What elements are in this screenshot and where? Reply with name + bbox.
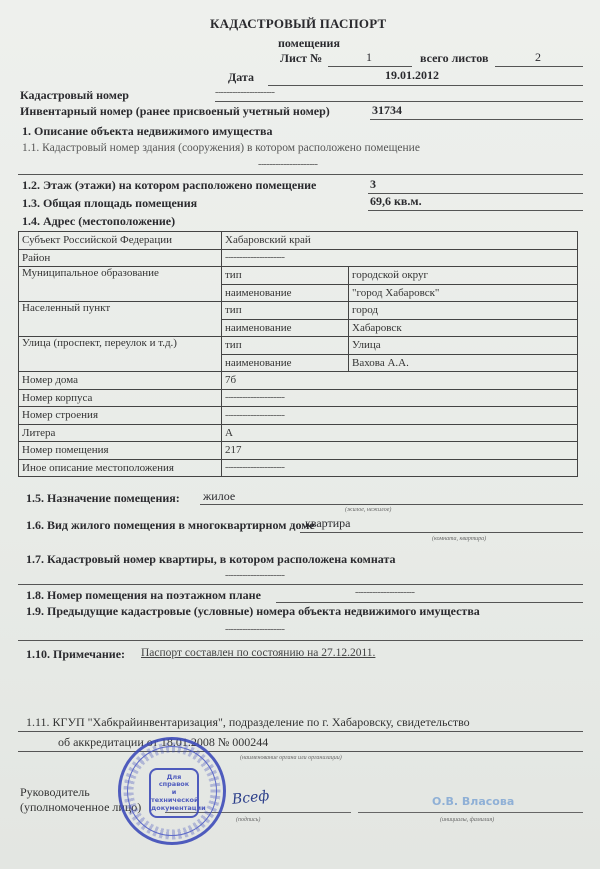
document-title: КАДАСТРОВЫЙ ПАСПОРТ (210, 16, 386, 32)
municipal-type-value: городской округ (349, 267, 578, 285)
street-type-label: тип (222, 337, 349, 355)
locality-type-label: тип (222, 302, 349, 320)
street-label: Улица (проспект, переулок и т.д.) (19, 337, 222, 372)
sheet-value: 1 (366, 50, 372, 65)
section-1-10-label: 1.10. Примечание: (26, 647, 125, 662)
total-sheets-value: 2 (535, 50, 541, 65)
name-caption: (инициалы, фамилия) (440, 817, 494, 823)
table-row: Населенный пункттипгород (19, 302, 578, 320)
table-row: ЛитераА (19, 424, 578, 442)
municipal-name-value: "город Хабаровск" (349, 284, 578, 302)
table-row: Номер дома7б (19, 372, 578, 390)
date-value: 19.01.2012 (385, 68, 439, 83)
head-role-line1: Руководитель (20, 785, 90, 800)
section-1-5-label: 1.5. Назначение помещения: (26, 491, 180, 506)
room-label: Номер помещения (19, 442, 222, 460)
subject-value: Хабаровский край (222, 232, 578, 250)
building-label: Номер строения (19, 407, 222, 425)
organization-caption: (наименование органа или организации) (240, 755, 342, 761)
corpus-label: Номер корпуса (19, 389, 222, 407)
cadastral-number-value: --------------------- (215, 87, 274, 98)
locality-label: Населенный пункт (19, 302, 222, 337)
note-value: Паспорт составлен по состоянию на 27.12.… (141, 647, 375, 659)
section-1-6-label: 1.6. Вид жилого помещения в многоквартир… (26, 518, 315, 533)
section-1-1-label: 1.1. Кадастровый номер здания (сооружени… (22, 142, 420, 154)
date-label: Дата (228, 70, 254, 85)
floor-value: 3 (370, 177, 376, 192)
district-value: --------------------- (222, 249, 578, 267)
cadastral-number-label: Кадастровый номер (20, 88, 129, 103)
dwelling-type-caption: (комната, квартира) (432, 536, 486, 542)
locality-name-value: Хабаровск (349, 319, 578, 337)
table-row: Номер помещения217 (19, 442, 578, 460)
section-1-1-value: --------------------- (258, 159, 317, 170)
corpus-value: --------------------- (222, 389, 578, 407)
table-row: Субъект Российской ФедерацииХабаровский … (19, 232, 578, 250)
stamp-text-line3: документации (151, 805, 197, 813)
section-1-2-label: 1.2. Этаж (этажи) на котором расположено… (22, 178, 316, 193)
municipal-type-label: тип (222, 267, 349, 285)
purpose-caption: (жилое, нежилое) (345, 507, 391, 513)
house-label: Номер дома (19, 372, 222, 390)
inventory-number-value: 31734 (372, 103, 402, 118)
signature-caption: (подпись) (236, 817, 260, 823)
stamp-center: Для справок и технической документации (149, 768, 199, 818)
inventory-number-label: Инвентарный номер (ранее присвоеный учет… (20, 104, 330, 119)
address-table: Субъект Российской ФедерацииХабаровский … (18, 231, 578, 477)
locality-name-label: наименование (222, 319, 349, 337)
stamp-text-line1: Для справок (151, 774, 197, 790)
stamp-text-line2: и технической (151, 789, 197, 805)
building-value: --------------------- (222, 407, 578, 425)
signature-mark: Всеф (231, 788, 270, 808)
other-location-label: Иное описание местоположения (19, 459, 222, 477)
table-row: Район--------------------- (19, 249, 578, 267)
section-1-3-label: 1.3. Общая площадь помещения (22, 196, 197, 211)
sheet-label: Лист № (280, 51, 322, 66)
table-row: Иное описание местоположения------------… (19, 459, 578, 477)
street-name-value: Вахова А.А. (349, 354, 578, 372)
section-1-8-label: 1.8. Номер помещения на поэтажном плане (26, 588, 261, 603)
section-1-4-label: 1.4. Адрес (местоположение) (22, 214, 175, 229)
municipal-label: Муниципальное образование (19, 267, 222, 302)
district-label: Район (19, 249, 222, 267)
street-name-label: наименование (222, 354, 349, 372)
previous-numbers-value: --------------------- (225, 624, 284, 635)
purpose-value: жилое (203, 489, 235, 504)
other-location-value: --------------------- (222, 459, 578, 477)
table-row: Номер корпуса--------------------- (19, 389, 578, 407)
table-row: Улица (проспект, переулок и т.д.)типУлиц… (19, 337, 578, 355)
official-name: О.В. Власова (432, 795, 514, 808)
room-value: 217 (222, 442, 578, 460)
apartment-cadastral-value: --------------------- (225, 570, 284, 581)
document-subtitle: помещения (278, 36, 340, 51)
section-1-heading: 1. Описание объекта недвижимого имуществ… (22, 124, 273, 139)
table-row: Муниципальное образованиетипгородской ок… (19, 267, 578, 285)
area-value: 69,6 кв.м. (370, 194, 422, 209)
floor-plan-number-value: --------------------- (355, 587, 414, 598)
street-type-value: Улица (349, 337, 578, 355)
total-sheets-label: всего листов (420, 51, 488, 66)
dwelling-type-value: квартира (305, 516, 351, 531)
section-1-7-label: 1.7. Кадастровый номер квартиры, в котор… (26, 552, 396, 567)
subject-label: Субъект Российской Федерации (19, 232, 222, 250)
section-1-11-line1: 1.11. КГУП "Хабкрайинвентаризация", подр… (26, 715, 470, 730)
litera-label: Литера (19, 424, 222, 442)
table-row: Номер строения--------------------- (19, 407, 578, 425)
litera-value: А (222, 424, 578, 442)
municipal-name-label: наименование (222, 284, 349, 302)
locality-type-value: город (349, 302, 578, 320)
official-stamp: Для справок и технической документации (118, 737, 226, 845)
section-1-9-label: 1.9. Предыдущие кадастровые (условные) н… (26, 604, 480, 619)
house-value: 7б (222, 372, 578, 390)
cadastral-passport-page: КАДАСТРОВЫЙ ПАСПОРТ помещения Лист № 1 в… (0, 0, 600, 869)
